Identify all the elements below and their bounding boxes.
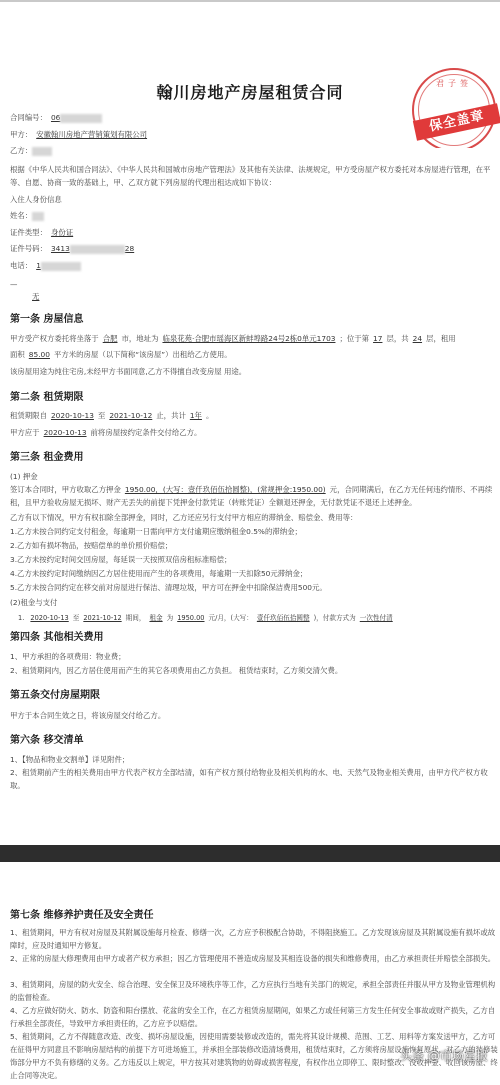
contract-page-1: 翰川房地产房屋租赁合同 君子签 保全盖章 合同编号：06 甲方：安徽翰川房地产营… (0, 0, 500, 845)
none-value: 无 (28, 292, 43, 302)
page-divider (0, 845, 500, 862)
deposit-item-3: 3.乙方未按约定时间交回房屋，每延误一天按照双倍房租标准赔偿； (10, 555, 231, 565)
s7-item-3: 3、租赁期间，房屋的防火安全、综合治理、安全保卫及环境秩序等工作，乙方应执行当地… (10, 978, 498, 1004)
rent-heading: (2)租金与支付 (10, 598, 57, 608)
section-5-heading: 第五条交付房屋期限 (10, 686, 100, 701)
phone-value: 1 (32, 261, 85, 270)
seal-stamp: 君子签 保全盖章 (408, 68, 500, 148)
s4-item-1: 1、甲方承担的各项费用：物业费； (10, 652, 126, 662)
rent-row: 1. 2020-10-13至2021-10-12期间，租金为1950.00元/月… (18, 613, 397, 623)
section-3-heading: 第三条 租金费用 (10, 448, 83, 463)
contract-number-row: 合同编号：06 (10, 113, 106, 123)
section-7-heading: 第七条 维修养护责任及安全责任 (10, 906, 153, 921)
deposit-item-4: 4.乙方未按约定时间缴纳因乙方居住使用而产生的各项费用，每逾期一天扣除50元滞纳… (10, 569, 307, 579)
s1-line-1: 甲方受产权方委托将坐落于合肥市，地址为临泉花苑·合肥市瑶海区新蚌埠路24号2栋0… (10, 334, 456, 344)
occupant-name-row: 姓名： (10, 211, 44, 221)
s7-item-2: 2、正常的房屋大修理费用由甲方或者产权方承担；因乙方管理使用不善造成房屋及其相连… (10, 952, 498, 965)
deposit-heading: (1) 押金 (10, 472, 38, 482)
s7-item-4: 4、乙方应做好防火、防水、防盗和阳台摆放、花盆的安全工作，在乙方租赁房屋期间，如… (10, 1004, 498, 1030)
deposit-item-1: 1.乙方未按合同约定支付租金，每逾期一日需向甲方支付逾期应缴纳租金0.5%的滞纳… (10, 527, 302, 537)
s6-item-2: 2、租赁期前产生的相关费用由甲方代表产权方全部结清，如有产权方预付给物业及相关机… (10, 766, 498, 792)
deposit-item-5: 5.乙方未按合同约定在移交前对房屋进行保洁、清理垃圾，甲方可在押金中扣除保洁费用… (10, 583, 327, 593)
deposit-paragraph: 签订本合同时，甲方收取乙方押金1950.00，(大写：壹仟玖佰伍拾圆整)，(常规… (10, 483, 498, 509)
deposit-deduction-intro: 乙方有以下情况，甲方有权扣除全部押金，同时，乙方还应另行支付甲方相应的滞纳金、赔… (10, 513, 357, 523)
occupant-heading: 入住人身份信息 (10, 195, 62, 205)
preamble: 根据《中华人民共和国合同法》、《中华人民共和国城市房地产管理法》及其他有关法律、… (10, 163, 498, 189)
s7-item-1: 1、租赁期间，甲方有权对房屋及其附属设施每月检查、修缮一次，乙方应予积极配合协助… (10, 926, 498, 952)
deposit-item-2: 2.乙方如有损坏物品，按赔偿单的单价照价赔偿； (10, 541, 172, 551)
dash-mark: — (10, 280, 17, 290)
name-redacted (32, 212, 44, 221)
contract-number-value: 06 (47, 113, 106, 122)
stamp-top-text: 君子签 (408, 78, 500, 89)
party-a-row: 甲方：安徽翰川房地产营销策划有限公司 (10, 130, 151, 140)
id-number-value: 341328 (47, 244, 138, 253)
id-number-row: 证件号码：341328 (10, 244, 138, 254)
party-b-row: 乙方： (10, 146, 52, 156)
s1-line-3: 该房屋用途为纯住宅房,未经甲方书面同意,乙方不得擅自改变房屋 用途。 (10, 367, 246, 377)
source-watermark: 头条 @市场星报 (400, 1047, 488, 1064)
s2-line-1: 租赁期限自2020-10-13至2021-10-12止，共计1年。 (10, 411, 213, 421)
section-2-heading: 第二条 租赁期限 (10, 388, 83, 403)
party-b-label: 乙方： (10, 146, 32, 155)
s5-text: 甲方于本合同生效之日，将该房屋交付给乙方。 (10, 711, 165, 721)
id-type-row: 证件类型：身份证 (10, 228, 77, 238)
party-a-label: 甲方： (10, 130, 32, 139)
party-a-value: 安徽翰川房地产营销策划有限公司 (32, 130, 151, 139)
id-type-value: 身份证 (47, 228, 77, 237)
phone-row: 电话：1 (10, 261, 85, 271)
contract-number-label: 合同编号： (10, 113, 47, 122)
s6-item-1: 1、【物品和物业交割单】详见附件； (10, 755, 129, 765)
section-6-heading: 第六条 移交清单 (10, 731, 83, 746)
section-4-heading: 第四条 其他相关费用 (10, 628, 103, 643)
party-b-redacted (32, 147, 52, 156)
section-1-heading: 第一条 房屋信息 (10, 310, 83, 325)
s2-line-2: 甲方应于2020-10-13前将房屋按约定条件交付给乙方。 (10, 428, 201, 438)
s1-line-2: 面积85.00平方米的房屋（以下简称“该房屋”）出租给乙方使用。 (10, 350, 232, 360)
s4-item-2: 2、租赁期间内，因乙方居住使用而产生的其它各项费用由乙方负担。 租赁结束时，乙方… (10, 666, 342, 676)
